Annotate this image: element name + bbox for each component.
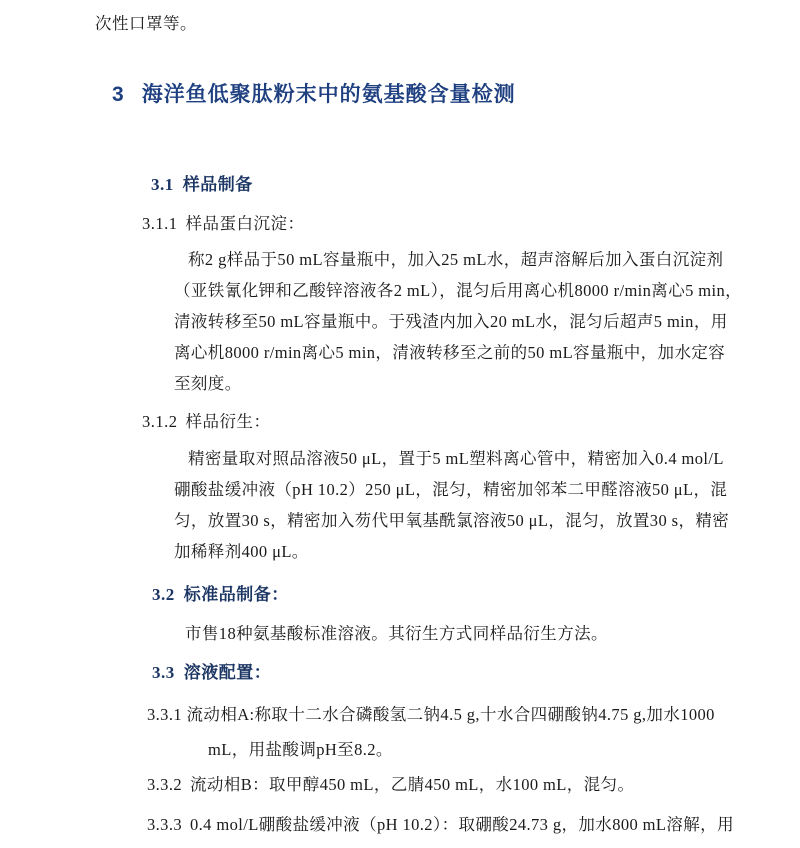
text-line: 至刻度。 [174, 368, 742, 399]
section-3-2-number: 3.2 [152, 585, 175, 604]
text-line: 加稀释剂400 μL。 [174, 536, 729, 567]
paragraph-3-2: 市售18种氨基酸标准溶液。其衍生方式同样品衍生方法。 [185, 618, 608, 649]
paragraph-3-1-2: 精密量取对照品溶液50 μL，置于5 mL塑料离心管中，精密加入0.4 mol/… [174, 443, 729, 567]
document-page: 次性口罩等。 3海洋鱼低聚肽粉末中的氨基酸含量检测 3.1样品制备 3.1.1样… [0, 0, 800, 848]
section-3-1-label: 样品制备 [183, 175, 253, 194]
section-3-1-2-number: 3.1.2 [142, 412, 178, 431]
paragraph-3-1-1: 称2 g样品于50 mL容量瓶中，加入25 mL水，超声溶解后加入蛋白沉淀剂 （… [174, 244, 742, 399]
item-3-3-2-number: 3.3.2 [147, 775, 182, 794]
section-3-2-heading: 3.2标准品制备： [152, 580, 289, 605]
section-3-2-label: 标准品制备： [184, 585, 289, 604]
item-3-3-3-text: 0.4 mol/L硼酸盐缓冲液（pH 10.2）：取硼酸24.73 g，加水80… [190, 815, 734, 834]
paragraph-3-3-1: 3.3.1 流动相A:称取十二水合磷酸氢二钠4.5 g,十水合四硼酸钠4.75 … [147, 697, 715, 767]
section-3-1-heading: 3.1样品制备 [151, 170, 253, 195]
section-3-1-1-number: 3.1.1 [142, 214, 178, 233]
paragraph-3-3-3: 3.3.30.4 mol/L硼酸盐缓冲液（pH 10.2）：取硼酸24.73 g… [147, 809, 734, 840]
section-3-1-2-heading: 3.1.2样品衍生： [142, 408, 271, 432]
text-line: 清液转移至50 mL容量瓶中。于残渣内加入20 mL水，混匀后超声5 min，用 [174, 306, 742, 337]
chapter-heading: 3海洋鱼低聚肽粉末中的氨基酸含量检测 [112, 78, 516, 108]
section-3-1-number: 3.1 [151, 175, 174, 194]
text-line: 3.3.1 流动相A:称取十二水合磷酸氢二钠4.5 g,十水合四硼酸钠4.75 … [147, 697, 715, 732]
text-line: 市售18种氨基酸标准溶液。其衍生方式同样品衍生方法。 [185, 618, 608, 649]
text-line: 硼酸盐缓冲液（pH 10.2）250 μL，混匀，精密加邻苯二甲醛溶液50 μL… [174, 474, 729, 505]
section-3-3-number: 3.3 [152, 663, 175, 682]
chapter-number: 3 [112, 83, 124, 106]
item-3-3-2-text: 流动相B：取甲醇450 mL，乙腈450 mL，水100 mL，混匀。 [190, 775, 634, 794]
section-3-1-1-label: 样品蛋白沉淀： [186, 214, 305, 233]
item-3-3-3-number: 3.3.3 [147, 815, 182, 834]
text-line: mL，用盐酸调pH至8.2。 [147, 732, 715, 767]
intro-paragraph: 次性口罩等。 [95, 10, 197, 34]
text-line: 称2 g样品于50 mL容量瓶中，加入25 mL水，超声溶解后加入蛋白沉淀剂 [174, 244, 742, 275]
section-3-1-2-label: 样品衍生： [186, 412, 271, 431]
text-line: 离心机8000 r/min离心5 min，清液转移至之前的50 mL容量瓶中，加… [174, 337, 742, 368]
chapter-title: 海洋鱼低聚肽粉末中的氨基酸含量检测 [142, 83, 516, 106]
section-3-3-heading: 3.3溶液配置： [152, 658, 271, 683]
section-3-3-label: 溶液配置： [184, 663, 272, 682]
text-line: 精密量取对照品溶液50 μL，置于5 mL塑料离心管中，精密加入0.4 mol/… [174, 443, 729, 474]
text-line: 匀，放置30 s，精密加入芴代甲氧基酰氯溶液50 μL，混匀，放置30 s，精密 [174, 505, 729, 536]
section-3-1-1-heading: 3.1.1样品蛋白沉淀： [142, 210, 305, 234]
text-line: （亚铁氰化钾和乙酸锌溶液各2 mL），混匀后用离心机8000 r/min离心5 … [174, 275, 742, 306]
paragraph-3-3-2: 3.3.2流动相B：取甲醇450 mL，乙腈450 mL，水100 mL，混匀。 [147, 769, 634, 800]
